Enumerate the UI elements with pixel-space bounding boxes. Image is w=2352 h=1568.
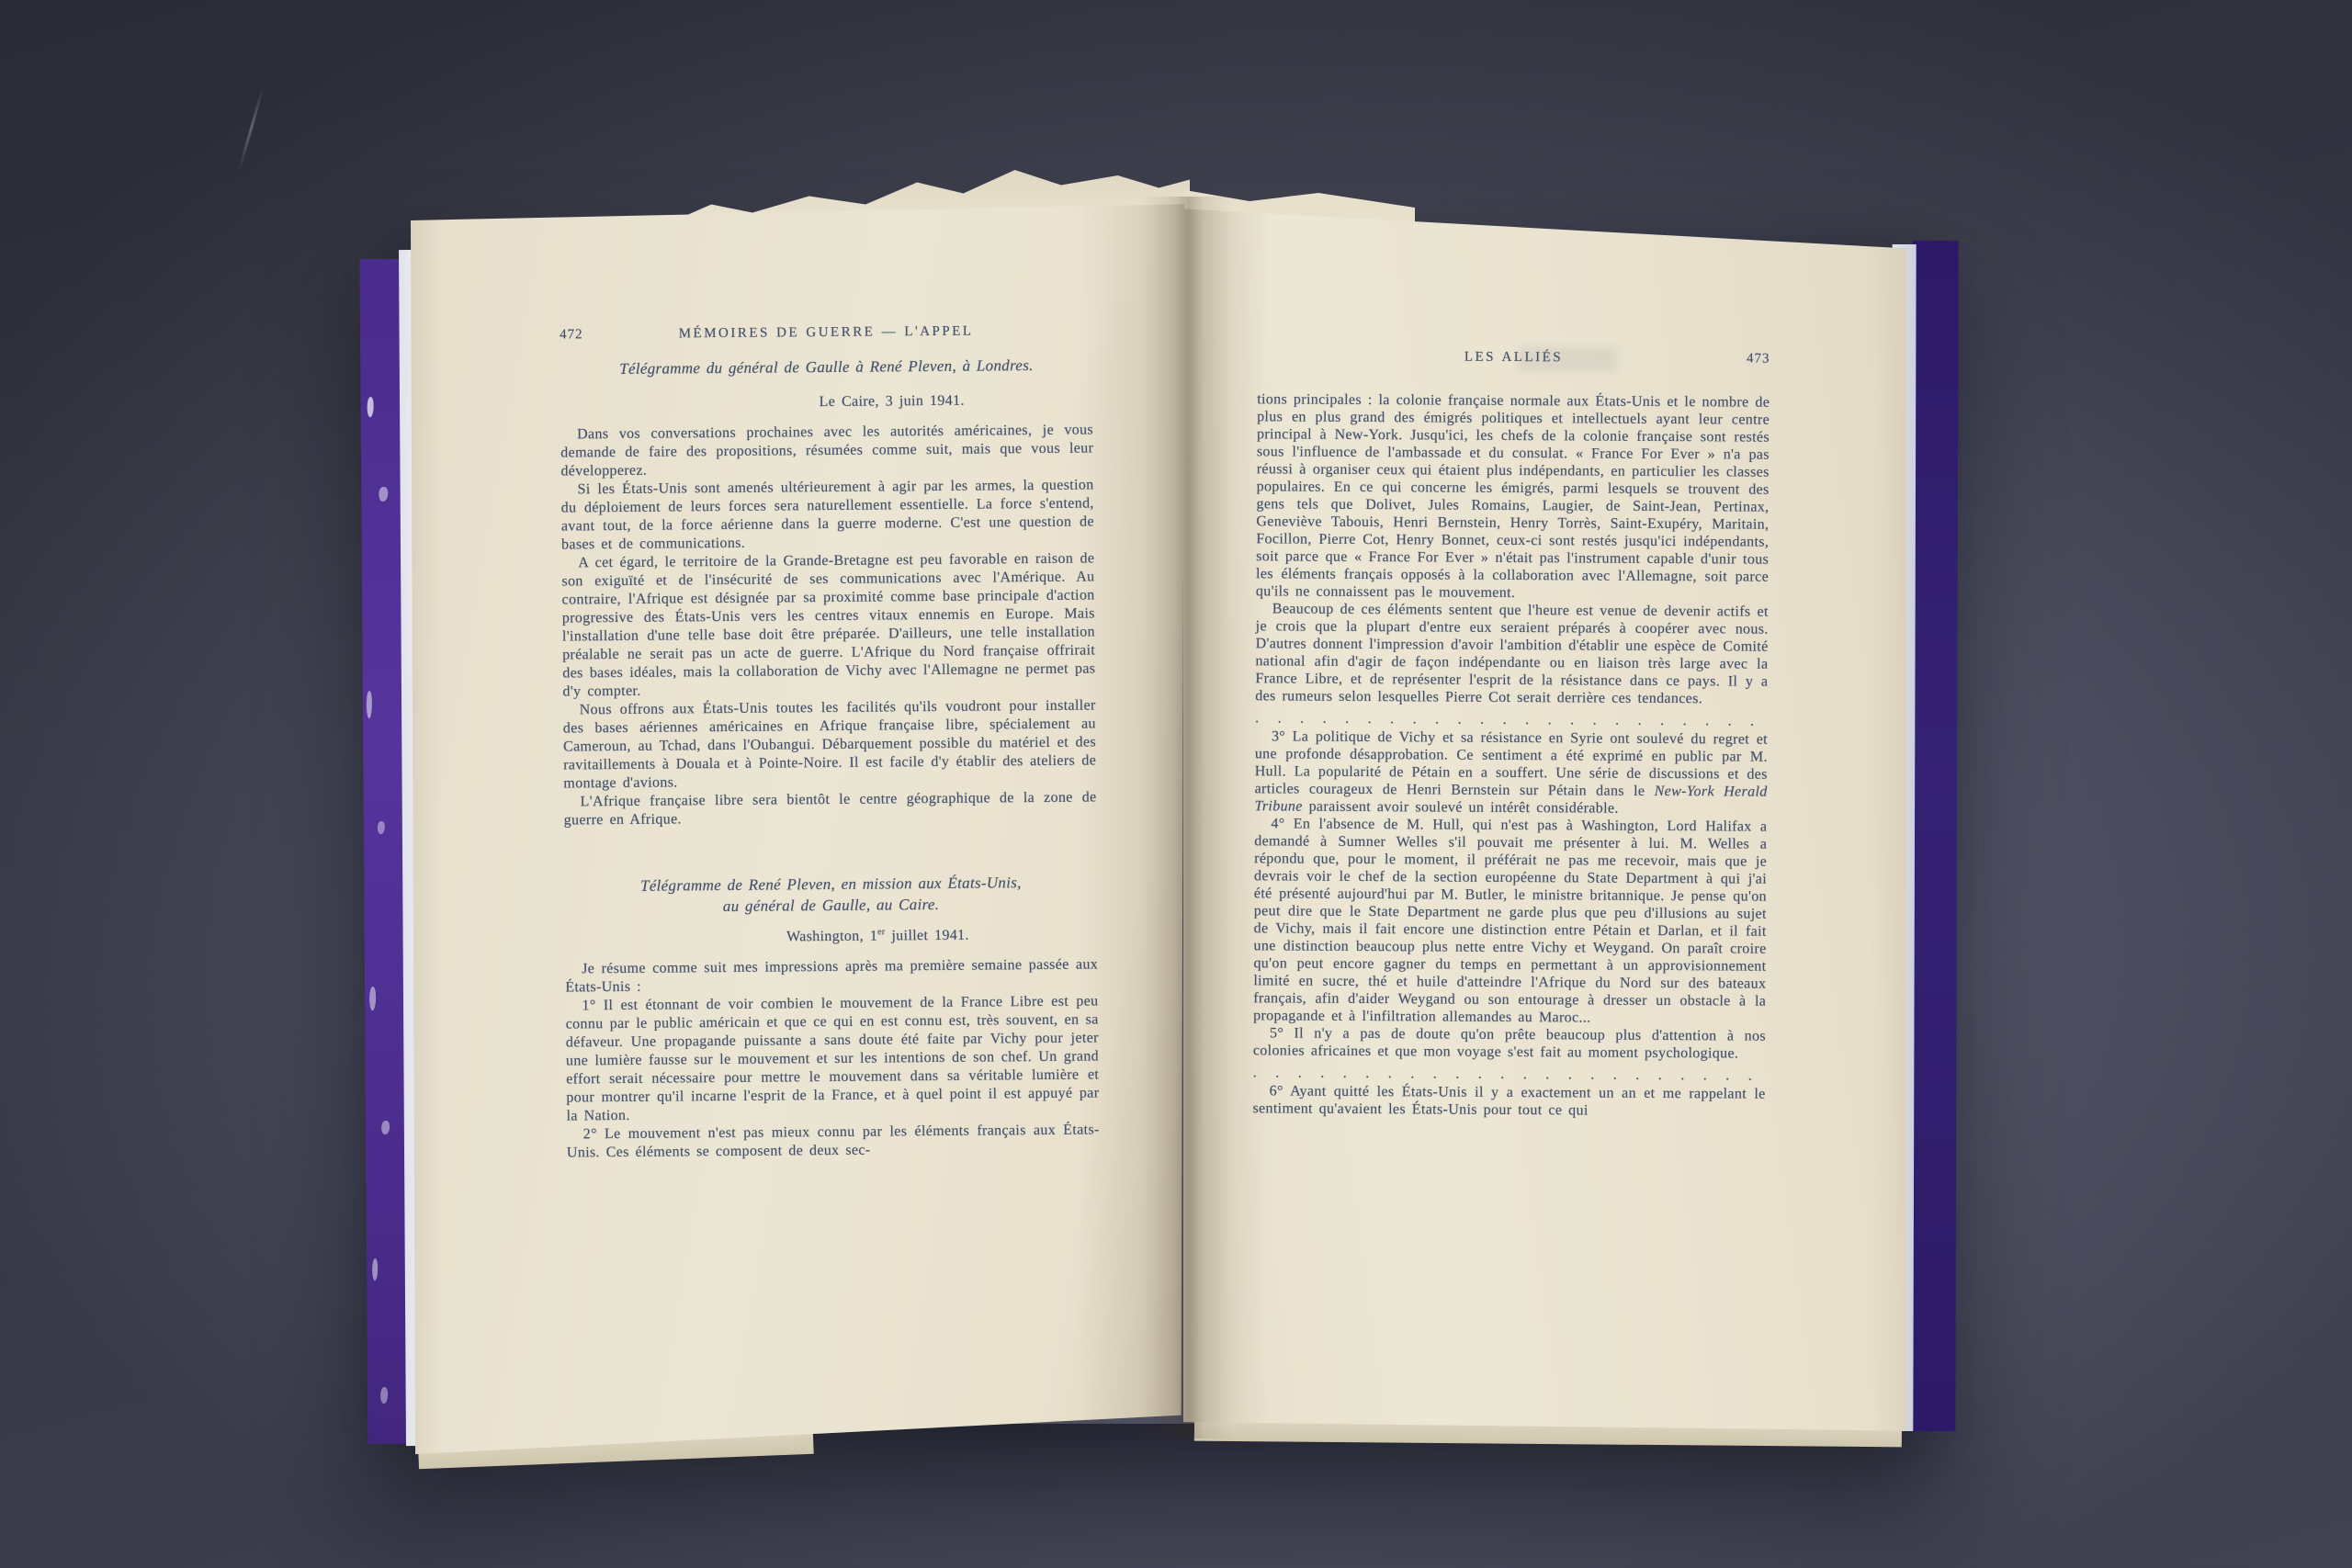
paragraph: 2° Le mouvement n'est pas mieux connu pa… — [567, 1121, 1100, 1162]
running-header-title-left: MÉMOIRES DE GUERRE — L'APPEL — [679, 324, 974, 342]
photo-scene: 472 MÉMOIRES DE GUERRE — L'APPEL Télégra… — [0, 0, 2352, 1568]
running-head-right: LES ALLIÉS 473 — [1257, 347, 1770, 368]
paragraph: Dans vos conversations prochaines avec l… — [560, 421, 1094, 480]
cover-scuff — [367, 691, 372, 718]
paragraph: Beaucoup de ces éléments sentent que l'h… — [1255, 600, 1769, 707]
running-header-title-right: LES ALLIÉS — [1464, 350, 1563, 366]
book-cover-right-edge — [1909, 241, 1958, 1431]
cover-scuff — [379, 487, 388, 502]
cover-scuff — [381, 1121, 390, 1134]
cover-scuff — [378, 821, 385, 834]
paragraph: 4° En l'absence de M. Hull, qui n'est pa… — [1253, 815, 1767, 1027]
paragraph: L'Afrique française libre sera bientôt l… — [563, 788, 1096, 829]
page-number-right: 473 — [1747, 351, 1770, 368]
cover-scuff — [369, 987, 376, 1010]
paragraph: Nous offrons aux États-Unis toutes les f… — [563, 696, 1097, 793]
page-number-left: 472 — [560, 325, 583, 344]
cover-scuff — [367, 397, 374, 417]
paragraph: 6° Ayant quitté les États-Unis il y a ex… — [1252, 1082, 1765, 1120]
paragraph: 1° Il est étonnant de voir combien le mo… — [565, 992, 1099, 1125]
paragraph: Je résume comme suit mes impressions apr… — [565, 955, 1098, 997]
telegram1-dateline: Le Caire, 3 juin 1941. — [560, 392, 965, 414]
paragraph: 3° La politique de Vichy et sa résistanc… — [1254, 728, 1768, 818]
superscript-er: er — [877, 927, 886, 937]
cover-scuff — [380, 1387, 388, 1404]
paragraph: tions principales : la colonie française… — [1256, 390, 1770, 603]
cover-scuff — [372, 1258, 378, 1280]
running-head-left: 472 MÉMOIRES DE GUERRE — L'APPEL — [560, 321, 1092, 344]
right-page-text: LES ALLIÉS 473 tions principales : la co… — [1252, 347, 1770, 1120]
paragraph: 5° Il n'y a pas de doute qu'on prête bea… — [1253, 1024, 1766, 1062]
ellipsis-separator: . . . . . . . . . . . . . . . . . . . . … — [1253, 1064, 1766, 1084]
book-gutter-shadow — [1141, 197, 1233, 1438]
ellipsis-separator: . . . . . . . . . . . . . . . . . . . . … — [1255, 709, 1768, 729]
telegram2-dateline: Washington, 1er juillet 1941. — [565, 927, 969, 949]
left-page-text: 472 MÉMOIRES DE GUERRE — L'APPEL Télégra… — [560, 321, 1100, 1162]
telegram1-heading: Télégramme du général de Gaulle à René P… — [560, 354, 1092, 379]
paragraph: A cet égard, le territoire de la Grande-… — [561, 549, 1095, 701]
paragraph: Si les États-Unis sont amenés ultérieure… — [561, 476, 1095, 554]
